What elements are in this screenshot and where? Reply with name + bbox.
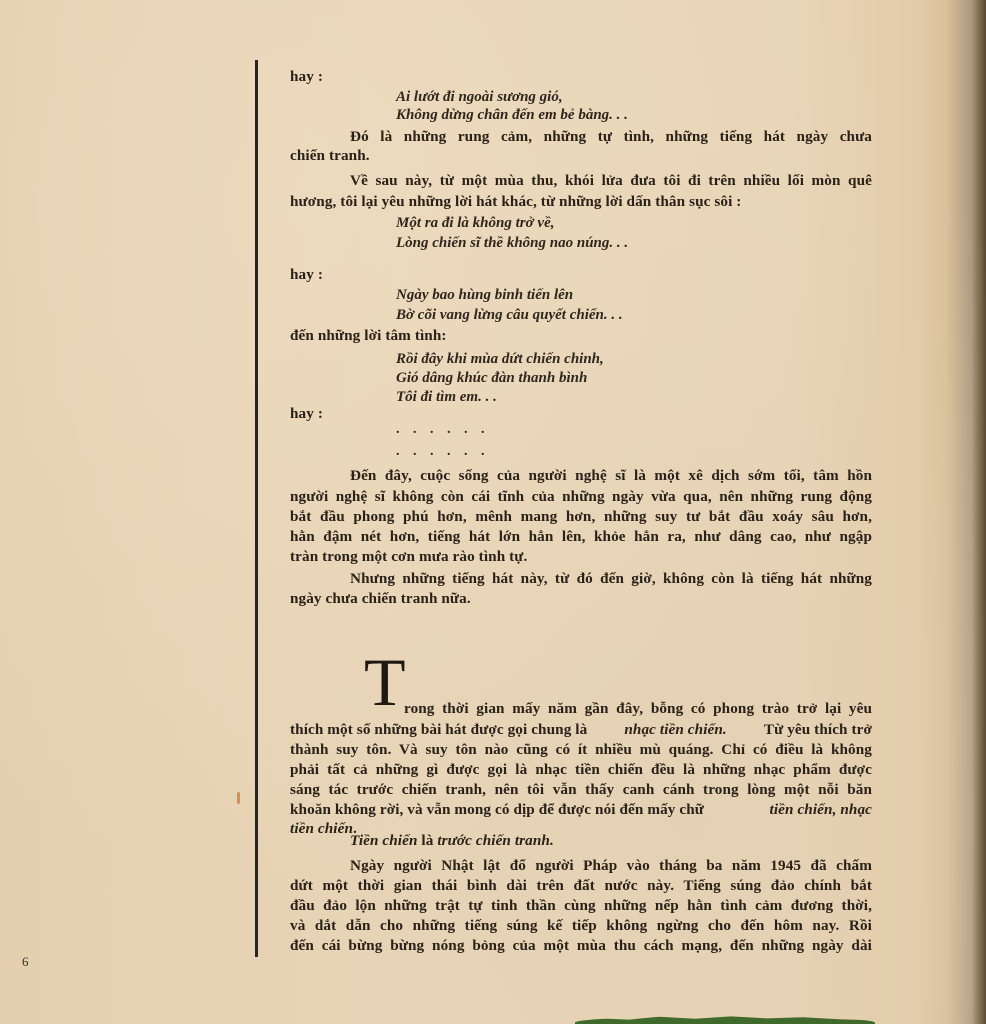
paragraph-line: bắt đầu phong phú hơn, mênh mang hơn, nh… xyxy=(290,508,872,526)
hay-label: hay : xyxy=(290,266,872,284)
paragraph-line: đến cái bừng bừng nóng bỏng của một mùa … xyxy=(290,937,872,955)
hay-label: hay : xyxy=(290,68,872,86)
intro-line: đến những lời tâm tình: xyxy=(290,327,872,345)
verse-line: Ngày bao hùng binh tiến lên xyxy=(396,287,573,304)
drop-cap: T xyxy=(364,652,406,712)
definition-line: Tiền chiến là trước chiến tranh. xyxy=(350,832,872,850)
verse-line: Ai lướt đi ngoài sương gió, xyxy=(396,89,563,106)
verse-line: Một ra đi là không trở về, xyxy=(396,215,554,232)
paragraph-line: hằn đậm nét hơn, tiếng hát lớn hẳn lên, … xyxy=(290,528,872,546)
paragraph-line: thành suy tôn. Và suy tôn nào cũng có ít… xyxy=(290,741,872,759)
verse-line: Gió dâng khúc đàn thanh bình xyxy=(396,370,587,387)
paragraph-line: rong thời gian mấy năm gần đây, bỗng có … xyxy=(404,700,872,718)
verse-line: Không dừng chân đến em bẻ bàng. . . xyxy=(396,107,628,124)
paragraph-line: Đến đây, cuộc sống của người nghệ sĩ là … xyxy=(350,467,872,485)
italic-term: tiền chiến xyxy=(290,820,353,837)
paragraph-line: thích một số những bài hát được gọi chun… xyxy=(290,721,872,739)
paragraph-line: Đó là những rung cảm, những tự tình, nhữ… xyxy=(350,128,872,146)
italic-term: tiền chiến, nhạc xyxy=(770,801,872,819)
paragraph-line: sáng tác trước chiến tranh, nên tôi vẫn … xyxy=(290,781,872,799)
text-run: là xyxy=(421,832,433,849)
italic-term: nhạc tiền chiến. xyxy=(624,721,726,739)
paragraph-line: hương, tôi lại yêu những lời hát khác, t… xyxy=(290,193,872,211)
hay-label: hay : xyxy=(290,405,872,423)
ellipsis-line: . . . . . . xyxy=(396,422,490,438)
paragraph-line: chiến tranh. xyxy=(290,147,872,165)
paragraph-line: dứt một thời gian thái bình dài trên đất… xyxy=(290,877,872,895)
text-run: Từ yêu thích trở xyxy=(764,721,872,739)
text-run: thích một số những bài hát được gọi chun… xyxy=(290,721,587,739)
paragraph-line: khoăn không rời, và vẫn mong có dịp để đ… xyxy=(290,801,872,819)
torn-edge-cover xyxy=(575,1016,875,1024)
verse-line: Lòng chiến sĩ thề không nao núng. . . xyxy=(396,235,628,252)
paper-stain xyxy=(237,792,240,804)
verse-line: Rồi đây khi mùa dứt chiến chinh, xyxy=(396,351,604,368)
scanned-book-page: 6 hay : Ai lướt đi ngoài sương gió, Khôn… xyxy=(0,0,986,1024)
paragraph-line: tràn trong một cơn mưa rào tình tự. xyxy=(290,548,872,566)
text-run: khoăn không rời, và vẫn mong có dịp để đ… xyxy=(290,801,704,819)
paragraph-line: đầu đảo lộn những trật tự tinh thần cùng… xyxy=(290,897,872,915)
paragraph-line: Ngày người Nhật lật đổ người Pháp vào th… xyxy=(350,857,872,875)
ellipsis-line: . . . . . . xyxy=(396,444,490,460)
paragraph-line: và dắt dẫn cho những tiếng súng kế tiếp … xyxy=(290,917,872,935)
paragraph-line: ngày chưa chiến tranh nữa. xyxy=(290,590,872,608)
margin-rule xyxy=(255,60,258,957)
paragraph-line: Nhưng những tiếng hát này, từ đó đến giờ… xyxy=(350,570,872,588)
verse-line: Tôi đi tìm em. . . xyxy=(396,389,497,406)
italic-term: trước chiến tranh. xyxy=(437,832,554,849)
paragraph-line: người nghệ sĩ không còn cái tĩnh của nhữ… xyxy=(290,488,872,506)
italic-term: Tiền chiến xyxy=(350,832,418,849)
page-number: 6 xyxy=(22,954,29,970)
paragraph-line: phải tất cả những gì được gọi là nhạc ti… xyxy=(290,761,872,779)
verse-line: Bờ cõi vang lừng câu quyết chiến. . . xyxy=(396,307,623,324)
binding-shadow xyxy=(972,0,986,1024)
paragraph-line: Về sau này, từ một mùa thu, khói lửa đưa… xyxy=(350,172,872,190)
